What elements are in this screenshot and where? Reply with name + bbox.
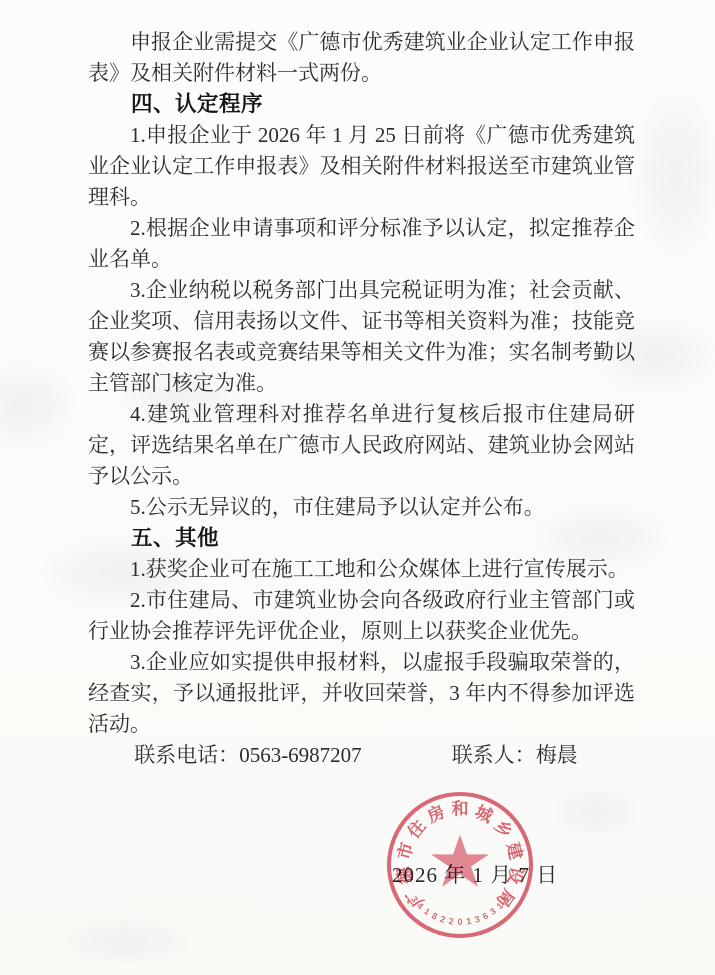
section-4-heading: 四、认定程序 bbox=[88, 89, 635, 120]
section-4-item-1: 1.申报企业于 2026 年 1 月 25 日前将《广德市优秀建筑业企业认定工作… bbox=[88, 120, 635, 213]
scanned-document-page: 申报企业需提交《广德市优秀建筑业企业认定工作申报表》及相关附件材料一式两份。 四… bbox=[0, 0, 715, 975]
section-5-item-1: 1.获奖企业可在施工工地和公众媒体上进行宣传展示。 bbox=[88, 554, 635, 585]
contact-person-label: 联系人： bbox=[452, 743, 536, 767]
section-5-item-3: 3.企业应如实提供申报材料，以虚报手段骗取荣誉的，经查实，予以通报批评，并收回荣… bbox=[88, 647, 635, 740]
scan-bleed-artifact bbox=[58, 918, 193, 964]
section-5-heading: 五、其他 bbox=[88, 523, 635, 554]
document-body: 申报企业需提交《广德市优秀建筑业企业认定工作申报表》及相关附件材料一式两份。 四… bbox=[88, 27, 635, 771]
section-5-item-2: 2.市住建局、市建筑业协会向各级政府行业主管部门或行业协会推荐评先评优企业，原则… bbox=[88, 585, 635, 647]
contact-phone-value: 0563-6987207 bbox=[239, 743, 362, 767]
contact-person-value: 梅晨 bbox=[536, 743, 578, 767]
official-seal: 广德市住房和城乡建设局 3418220136315 bbox=[387, 792, 533, 938]
section-4-item-3: 3.企业纳税以税务部门出具完税证明为准；社会贡献、企业奖项、信用表扬以文件、证书… bbox=[88, 275, 635, 399]
scan-bleed-artifact bbox=[552, 786, 637, 838]
scan-bleed-artifact bbox=[0, 366, 72, 444]
section-4-item-4: 4.建筑业管理科对推荐名单进行复核后报市住建局研定，评选结果名单在广德市人民政府… bbox=[88, 399, 635, 492]
contact-phone-label: 联系电话： bbox=[134, 743, 239, 767]
contact-line: 联系电话：0563-6987207联系人：梅晨 bbox=[88, 740, 635, 771]
scan-bleed-artifact bbox=[634, 90, 715, 255]
section-4-item-2: 2.根据企业申请事项和评分标准予以认定，拟定推荐企业名单。 bbox=[88, 213, 635, 275]
paragraph-intro: 申报企业需提交《广德市优秀建筑业企业认定工作申报表》及相关附件材料一式两份。 bbox=[88, 27, 635, 89]
section-4-item-5: 5.公示无异议的，市住建局予以认定并公布。 bbox=[88, 492, 635, 523]
